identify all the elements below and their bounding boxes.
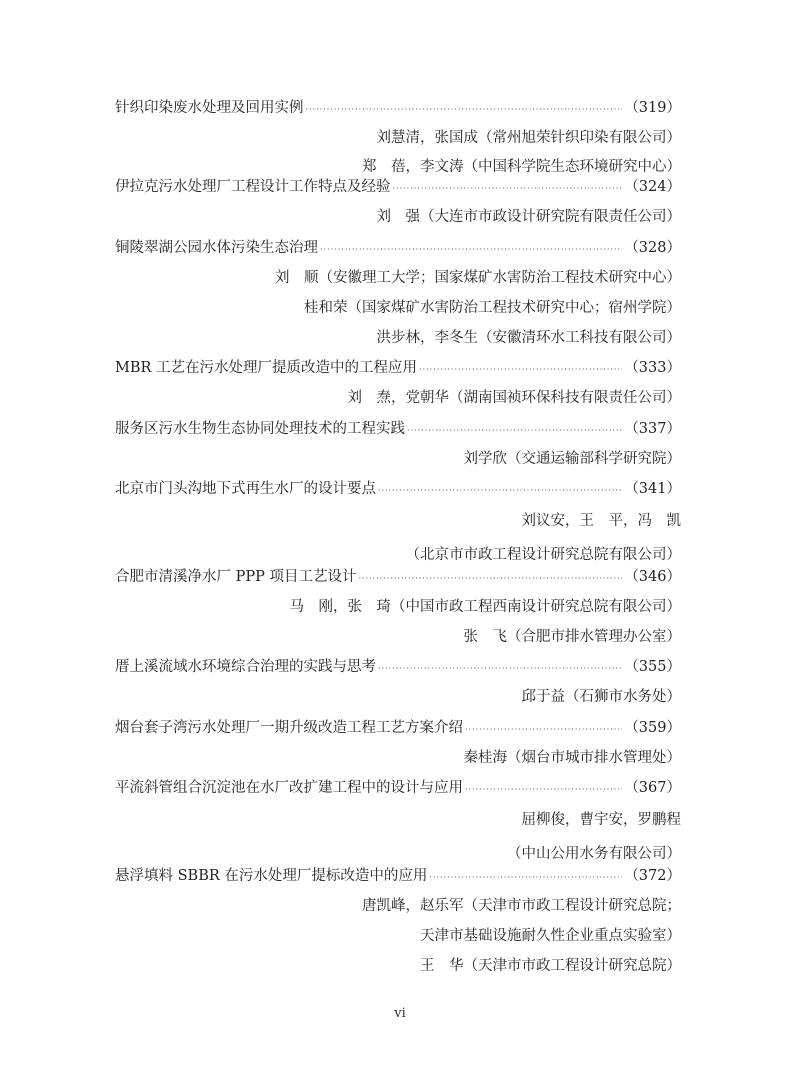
entry-page-number: （367） <box>624 777 681 799</box>
entry-authors: 刘议安，王 平，冯 凯 <box>115 510 681 532</box>
dot-leader <box>465 777 622 801</box>
toc-entry-title[interactable]: 北京市门头沟地下式再生水厂的设计要点 （341） <box>115 478 681 500</box>
entry-page-number: （319） <box>624 97 681 119</box>
entry-page-number: （346） <box>624 566 681 588</box>
entry-authors: 洪步林，李冬生（安徽清环水工科技有限公司） <box>115 327 681 349</box>
entry-authors: 邱于益（石狮市水务处） <box>115 686 681 708</box>
entry-authors: 天津市基础设施耐久性企业重点实验室） <box>115 925 681 947</box>
entry-title: 合肥市清溪净水厂 PPP 项目工艺设计 <box>115 566 357 588</box>
dot-leader <box>378 656 622 680</box>
dot-leader <box>407 418 622 442</box>
entry-authors: 张 飞（合肥市排水管理办公室） <box>115 626 681 648</box>
entry-authors: 刘慧清，张国成（常州旭荣针织印染有限公司） <box>115 127 681 149</box>
toc-entry-title[interactable]: 悬浮填料 SBBR 在污水处理厂提标改造中的应用 （372） <box>115 865 681 887</box>
entry-title: 服务区污水生物生态协同处理技术的工程实践 <box>115 418 405 440</box>
entry-title: 平流斜管组合沉淀池在水厂改扩建工程中的设计与应用 <box>115 777 463 799</box>
entry-title: 悬浮填料 SBBR 在污水处理厂提标改造中的应用 <box>115 865 427 887</box>
dot-leader <box>393 176 623 200</box>
entry-authors: 屈柳俊，曹宇安，罗鹏程 <box>115 809 681 831</box>
dot-leader <box>419 357 622 381</box>
entry-title: 铜陵翠湖公园水体污染生态治理 <box>115 237 318 259</box>
entry-title: 烟台套子湾污水处理厂一期升级改造工程工艺方案介绍 <box>115 717 463 739</box>
entry-authors: 刘 强（大连市市政设计研究院有限责任公司） <box>115 206 681 228</box>
toc-entry-title[interactable]: 烟台套子湾污水处理厂一期升级改造工程工艺方案介绍 （359） <box>115 717 681 739</box>
entry-authors: 马 刚，张 琦（中国市政工程西南设计研究总院有限公司） <box>115 596 681 618</box>
entry-page-number: （355） <box>624 656 681 678</box>
entry-authors: 唐凯峰，赵乐军（天津市市政工程设计研究总院； <box>115 895 681 917</box>
entry-title: 针织印染废水处理及回用实例 <box>115 97 304 119</box>
entry-page-number: （328） <box>624 237 681 259</box>
entry-page-number: （372） <box>624 865 681 887</box>
entry-title: 北京市门头沟地下式再生水厂的设计要点 <box>115 478 376 500</box>
entry-title: 厝上溪流域水环境综合治理的实践与思考 <box>115 656 376 678</box>
entry-authors: 刘 焘，党朝华（湖南国祯环保科技有限责任公司） <box>115 387 681 409</box>
dot-leader <box>320 237 622 261</box>
toc-entry-title[interactable]: 铜陵翠湖公园水体污染生态治理 （328） <box>115 237 681 259</box>
toc-entry-title[interactable]: 平流斜管组合沉淀池在水厂改扩建工程中的设计与应用 （367） <box>115 777 681 799</box>
toc-entry-title[interactable]: 服务区污水生物生态协同处理技术的工程实践 （337） <box>115 418 681 440</box>
dot-leader <box>465 717 622 741</box>
entry-authors: 王 华（天津市市政工程设计研究总院） <box>115 955 681 977</box>
entry-authors: 秦桂海（烟台市城市排水管理处） <box>115 747 681 769</box>
toc-entry-title[interactable]: 合肥市清溪净水厂 PPP 项目工艺设计 （346） <box>115 566 681 588</box>
entry-page-number: （359） <box>624 717 681 739</box>
dot-leader <box>359 566 623 590</box>
dot-leader <box>378 478 622 502</box>
entry-authors: （中山公用水务有限公司） <box>115 843 681 865</box>
dot-leader <box>306 97 623 121</box>
entry-authors: 桂和荣（国家煤矿水害防治工程技术研究中心；宿州学院） <box>115 297 681 319</box>
entry-page-number: （324） <box>624 176 681 198</box>
entry-authors: （北京市市政工程设计研究总院有限公司） <box>115 544 681 566</box>
toc-entry-title[interactable]: 针织印染废水处理及回用实例 （319） <box>115 97 681 119</box>
toc-entry-title[interactable]: 伊拉克污水处理厂工程设计工作特点及经验 （324） <box>115 176 681 198</box>
entry-authors: 郑 蓓，李文涛（中国科学院生态环境研究中心） <box>115 156 681 178</box>
entry-authors: 刘 顺（安徽理工大学；国家煤矿水害防治工程技术研究中心） <box>115 267 681 289</box>
entry-page-number: （333） <box>624 357 681 379</box>
entry-title: MBR 工艺在污水处理厂提质改造中的工程应用 <box>115 357 417 379</box>
entry-title: 伊拉克污水处理厂工程设计工作特点及经验 <box>115 176 391 198</box>
entry-page-number: （341） <box>624 478 681 500</box>
entry-page-number: （337） <box>624 418 681 440</box>
dot-leader <box>429 865 622 889</box>
toc-entry-title[interactable]: MBR 工艺在污水处理厂提质改造中的工程应用 （333） <box>115 357 681 379</box>
toc-entry-title[interactable]: 厝上溪流域水环境综合治理的实践与思考 （355） <box>115 656 681 678</box>
page-folio: vi <box>0 1006 800 1021</box>
entry-authors: 刘学欣（交通运输部科学研究院） <box>115 448 681 470</box>
